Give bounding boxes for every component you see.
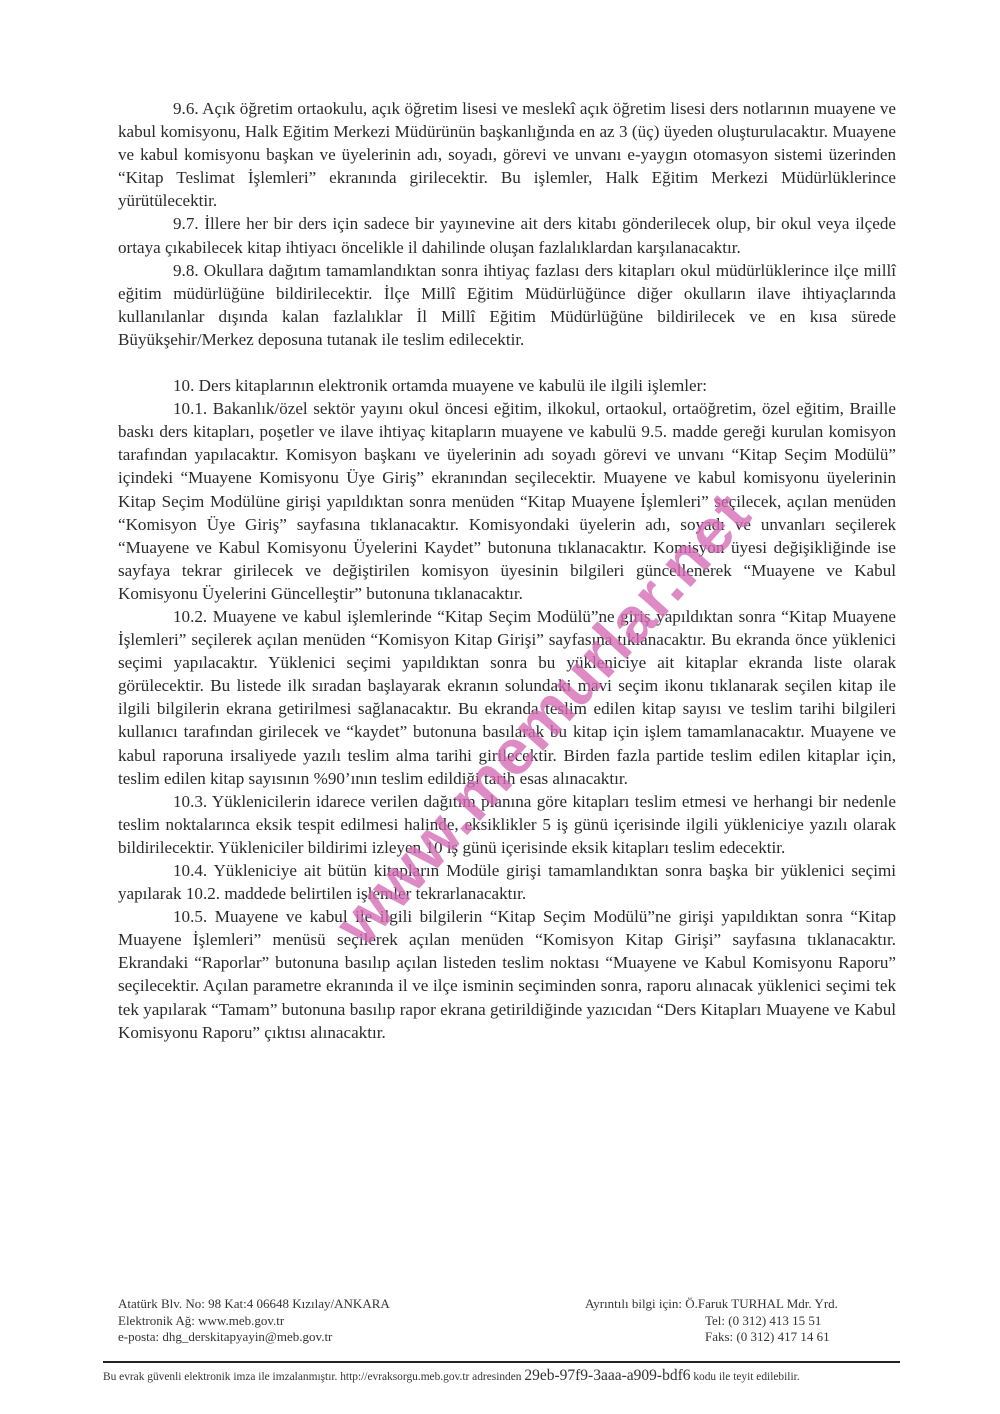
paragraph-10-3: 10.3. Yüklenicilerin idarece verilen dağ… (118, 790, 896, 859)
section-heading-10: 10. Ders kitaplarının elektronik ortamda… (118, 374, 896, 397)
e-signature-suffix: kodu ile teyit edilebilir. (693, 1371, 799, 1383)
footer-divider (103, 1361, 900, 1363)
footer-fax: Faks: (0 312) 417 14 61 (585, 1329, 880, 1346)
e-signature-prefix: Bu evrak güvenli elektronik imza ile imz… (103, 1371, 522, 1383)
footer-phone: Tel: (0 312) 413 15 51 (585, 1313, 880, 1330)
footer-contact-block: Ayrıntılı bilgi için: Ö.Faruk TURHAL Mdr… (585, 1296, 880, 1346)
verification-code: 29eb-97f9-3aaa-a909-bdf6 (524, 1367, 690, 1384)
paragraph-9-6: 9.6. Açık öğretim ortaokulu, açık öğreti… (118, 97, 896, 212)
document-page: 9.6. Açık öğretim ortaokulu, açık öğreti… (0, 0, 1000, 1414)
paragraph-9-7: 9.7. İllere her bir ders için sadece bir… (118, 212, 896, 258)
paragraph-10-4: 10.4. Yükleniciye ait bütün kitapların M… (118, 859, 896, 905)
paragraph-9-8: 9.8. Okullara dağıtım tamamlandıktan son… (118, 259, 896, 351)
e-signature-notice: Bu evrak güvenli elektronik imza ile imz… (103, 1367, 903, 1385)
paragraph-10-5: 10.5. Muayene ve kabul ile ilgili bilgil… (118, 905, 896, 1044)
paragraph-10-1: 10.1. Bakanlık/özel sektör yayını okul ö… (118, 397, 896, 605)
footer-website[interactable]: Elektronik Ağ: www.meb.gov.tr (118, 1313, 390, 1330)
footer-email[interactable]: e-posta: dhg_derskitapyayin@meb.gov.tr (118, 1329, 390, 1346)
document-body: 9.6. Açık öğretim ortaokulu, açık öğreti… (118, 97, 896, 1044)
footer-address-block: Atatürk Blv. No: 98 Kat:4 06648 Kızılay/… (118, 1296, 390, 1346)
footer-contact-person: Ayrıntılı bilgi için: Ö.Faruk TURHAL Mdr… (585, 1296, 880, 1313)
footer-address: Atatürk Blv. No: 98 Kat:4 06648 Kızılay/… (118, 1296, 390, 1313)
paragraph-10-2: 10.2. Muayene ve kabul işlemlerinde “Kit… (118, 605, 896, 790)
